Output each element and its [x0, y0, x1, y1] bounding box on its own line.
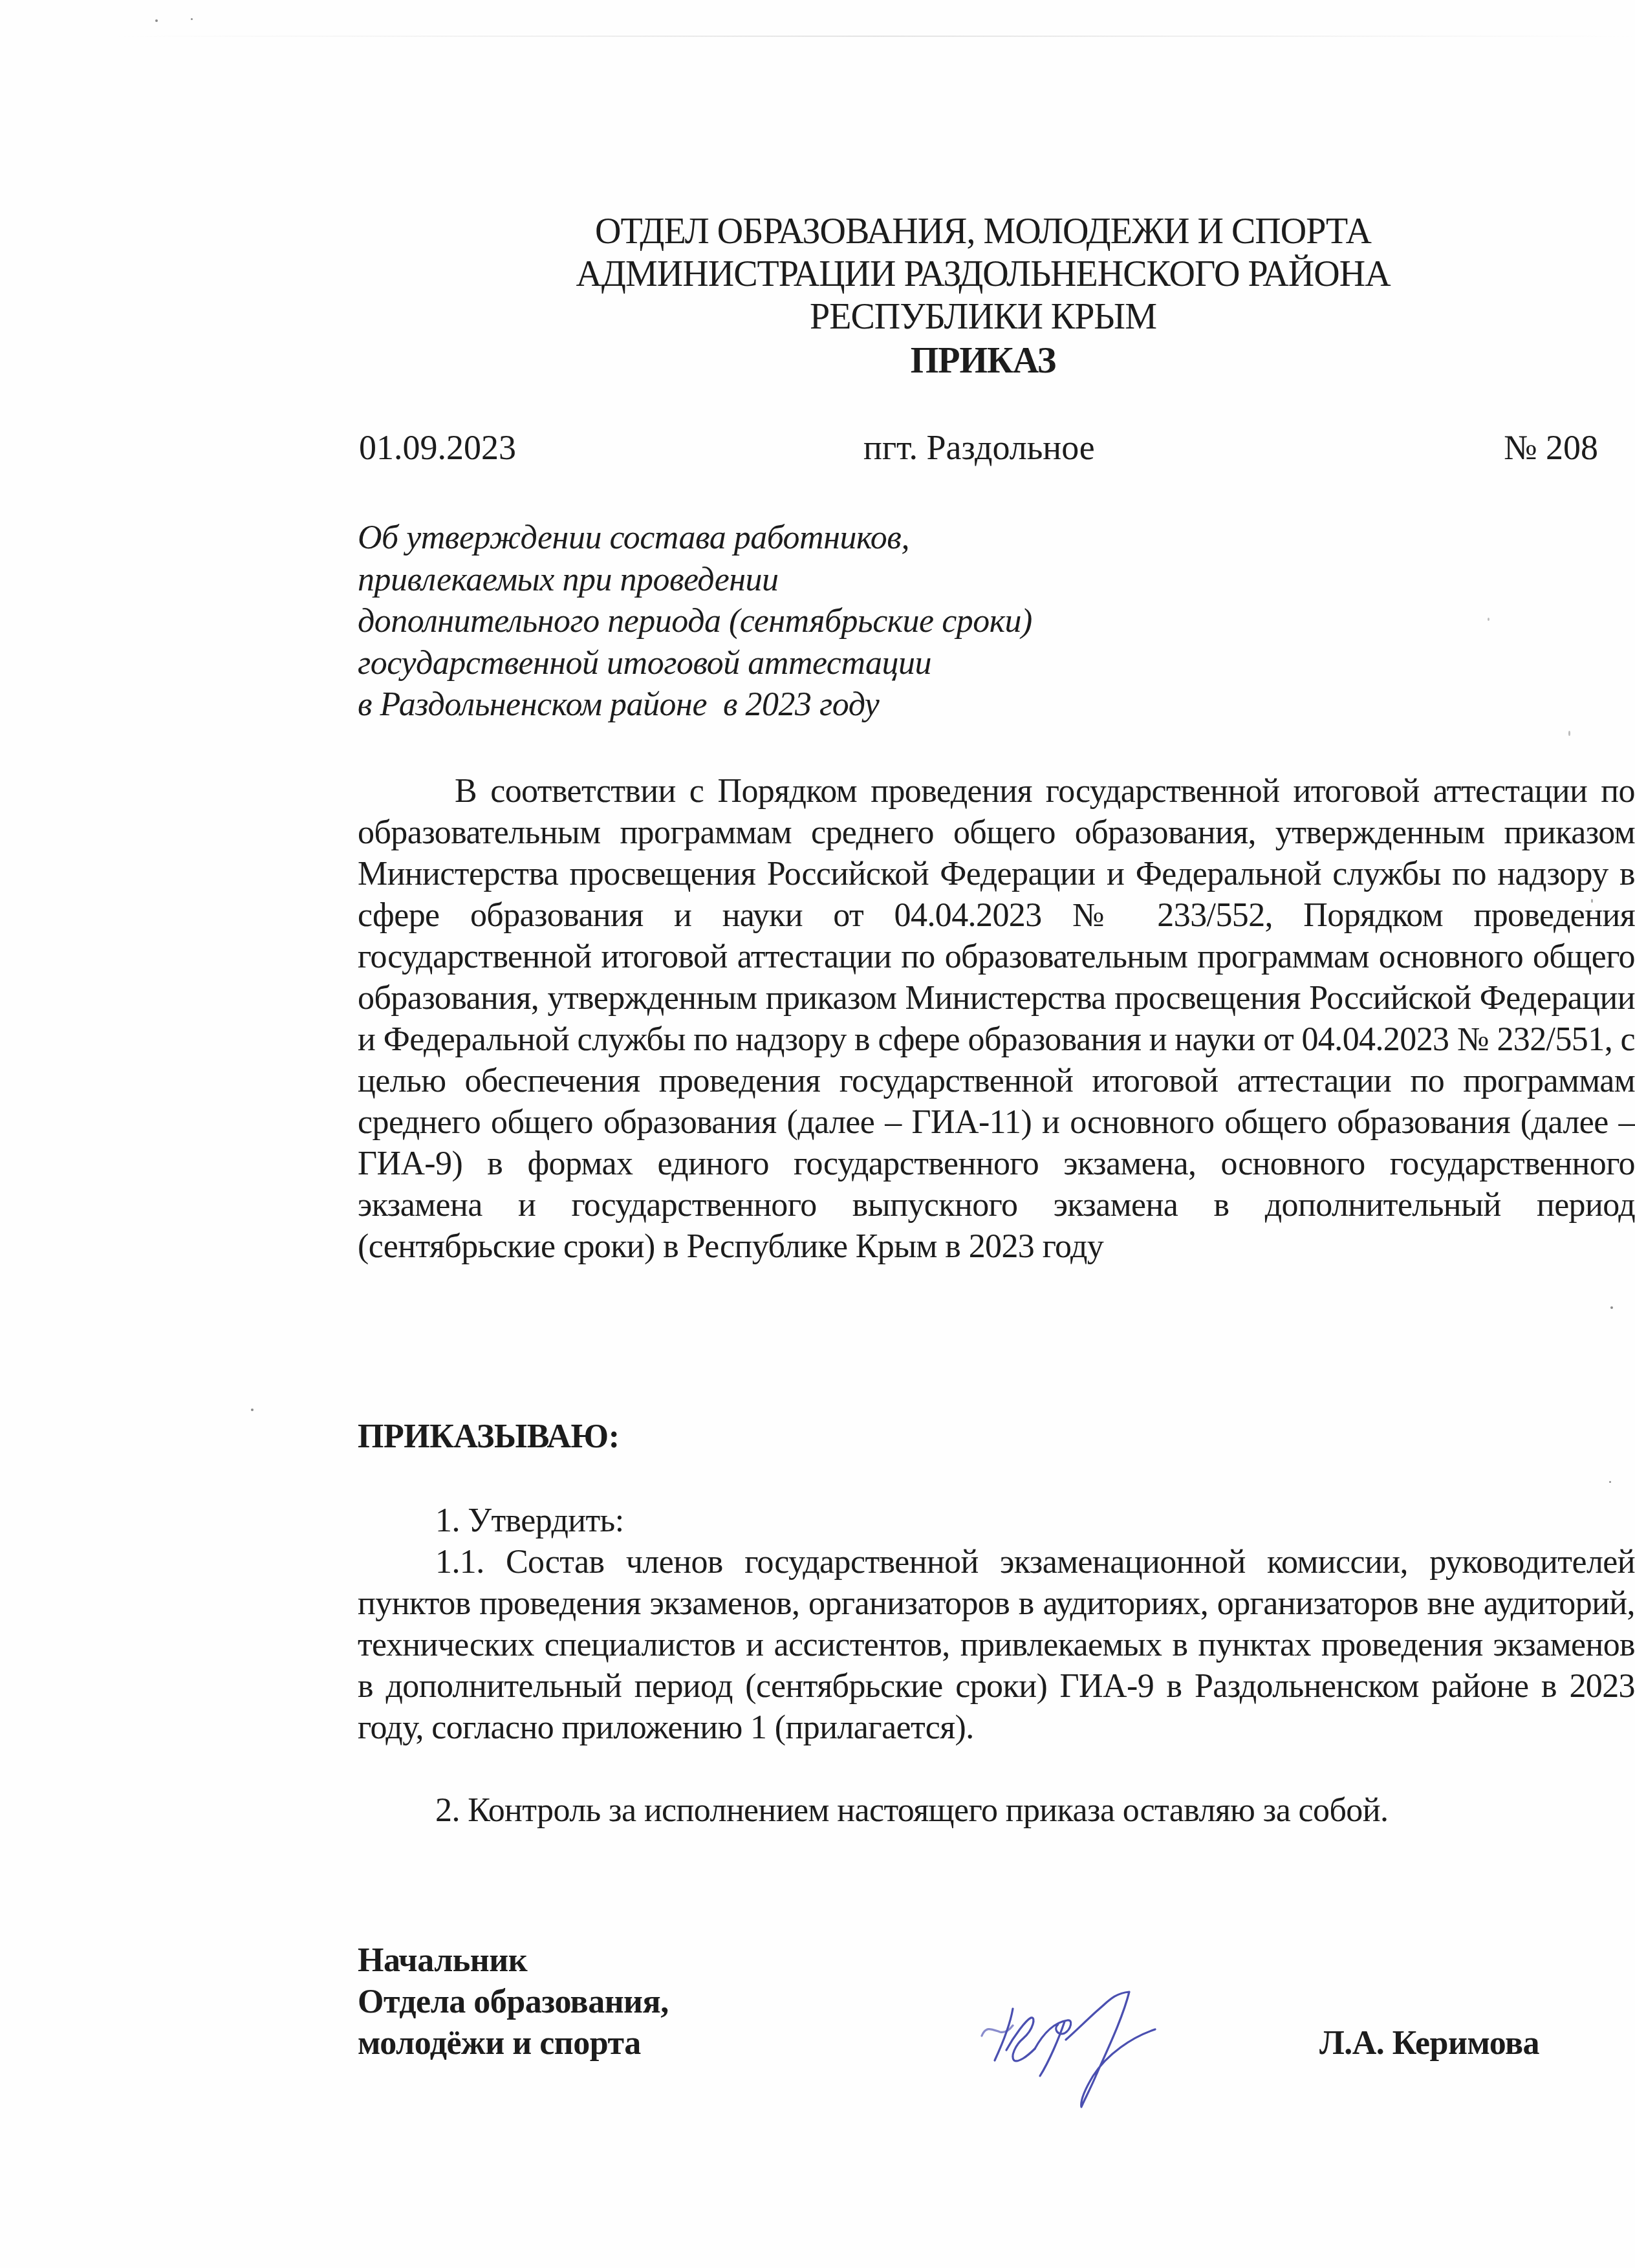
- scan-speck: [251, 1409, 254, 1411]
- subject-line: привлекаемых при проведении: [358, 559, 1032, 601]
- scan-edge-line: [116, 36, 1635, 37]
- order-heading: ПРИКАЗЫВАЮ:: [358, 1416, 619, 1458]
- document-place: пгт. Раздольное: [863, 427, 1095, 468]
- document-subject: Об утверждении состава работников, привл…: [358, 517, 1032, 726]
- position-line: Начальник: [358, 1940, 669, 1982]
- scan-speck: [191, 18, 193, 20]
- order-item-1: 1. Утвердить:: [358, 1500, 1635, 1542]
- org-name-line-1: ОТДЕЛ ОБРАЗОВАНИЯ, МОЛОДЕЖИ И СПОРТА: [504, 210, 1462, 253]
- handwritten-signature-icon: [938, 1953, 1196, 2147]
- subject-line: в Раздольненском районе в 2023 году: [358, 684, 1032, 726]
- scan-speck: [155, 19, 158, 22]
- subject-line: государственной итоговой аттестации: [358, 643, 1032, 685]
- order-item-2: 2. Контроль за исполнением настоящего пр…: [358, 1790, 1635, 1831]
- document-type-title: ПРИКАЗ: [504, 340, 1462, 382]
- document-page: ОТДЕЛ ОБРАЗОВАНИЯ, МОЛОДЕЖИ И СПОРТА АДМ…: [0, 0, 1635, 2268]
- position-line: Отдела образования,: [358, 1982, 669, 2023]
- scan-speck: [1568, 731, 1570, 736]
- subject-line: Об утверждении состава работников,: [358, 517, 1032, 559]
- scan-speck: [1488, 618, 1489, 621]
- scan-speck: [1609, 1481, 1611, 1483]
- order-item-1-1: 1.1. Состав членов государственной экзам…: [358, 1542, 1635, 1749]
- position-line: молодёжи и спорта: [358, 2023, 669, 2064]
- document-header: ОТДЕЛ ОБРАЗОВАНИЯ, МОЛОДЕЖИ И СПОРТА АДМ…: [504, 210, 1462, 382]
- document-date: 01.09.2023: [359, 427, 516, 468]
- document-number: № 208: [1504, 427, 1598, 468]
- preamble-paragraph: В соответствии с Порядком проведения гос…: [358, 771, 1635, 1268]
- org-name-line-2: АДМИНИСТРАЦИИ РАЗДОЛЬНЕНСКОГО РАЙОНА: [504, 253, 1462, 296]
- scan-speck: [1610, 1306, 1613, 1309]
- signatory-position: Начальник Отдела образования, молодёжи и…: [358, 1940, 669, 2064]
- subject-line: дополнительного периода (сентябрьские ср…: [358, 601, 1032, 643]
- signatory-name: Л.А. Керимова: [1319, 2023, 1539, 2064]
- org-name-line-3: РЕСПУБЛИКИ КРЫМ: [504, 296, 1462, 338]
